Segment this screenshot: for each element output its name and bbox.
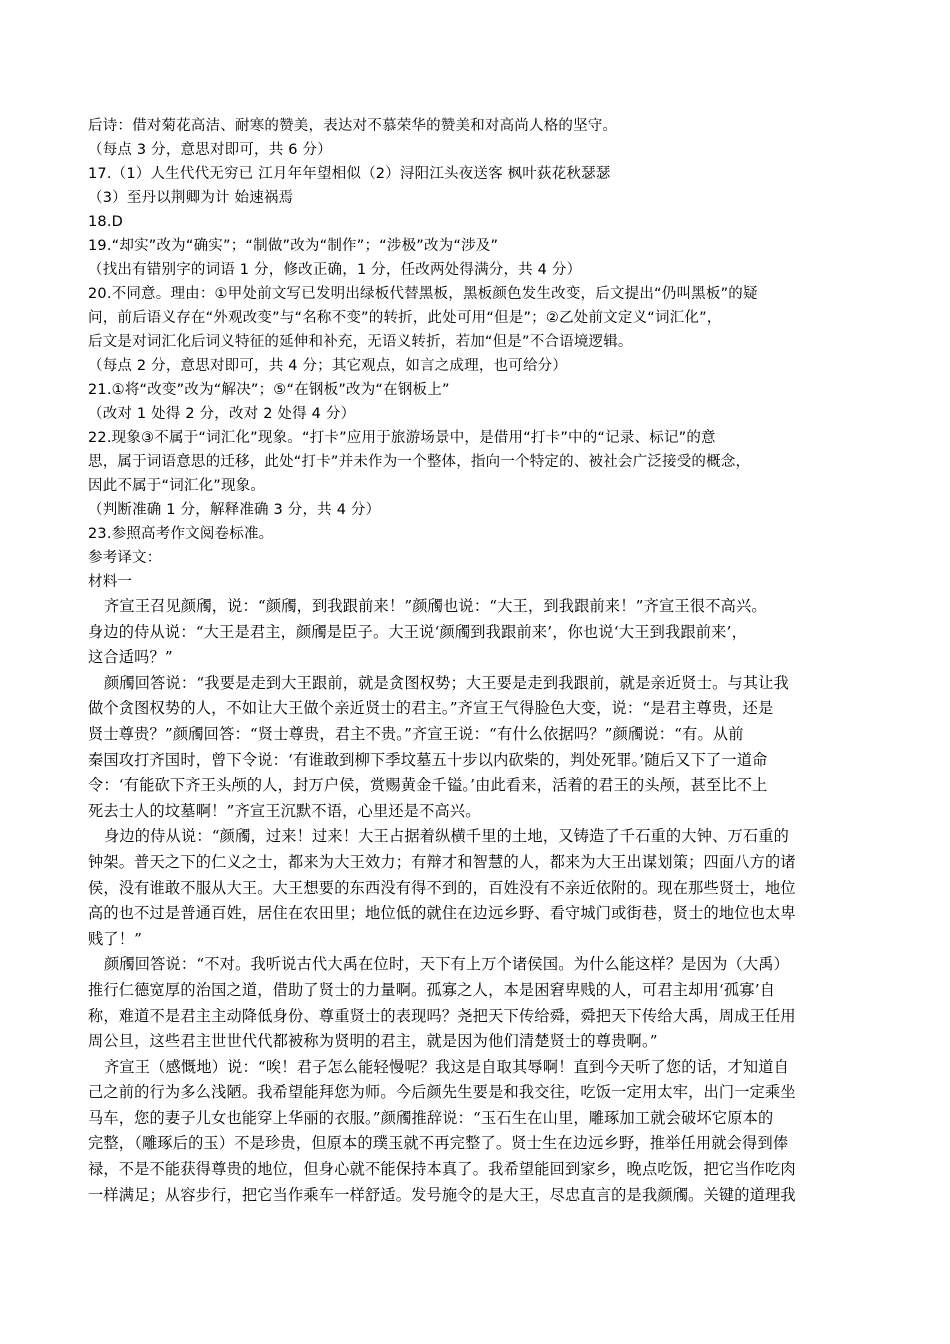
paragraph-line: 这合适吗？” [88, 645, 878, 671]
paragraph-line: 死去士人的坟墓啊！”齐宣王沉默不语，心里还是不高兴。 [88, 799, 878, 825]
answer-20-line-1: 20.不同意。理由：①甲处前文写已发明出绿板代替黑板，黑板颜色发生改变，后文提出… [88, 282, 878, 306]
scoring-note-16: （每点 3 分，意思对即可，共 6 分） [88, 138, 878, 162]
scoring-note-22: （判断准确 1 分，解释准确 3 分，共 4 分） [88, 498, 878, 522]
translation-paragraph-3: 身边的侍从说：“颜斶，过来！过来！大王占据着纵横千里的土地，又铸造了千石重的大钟… [88, 824, 878, 952]
paragraph-line: 己之前的行为多么浅陋。我希望能拜您为师。今后颜先生要是和我交往，吃饭一定用太牢，… [88, 1080, 878, 1106]
answer-17-line-2: （3）至丹以荆卿为计 始速祸焉 [88, 186, 878, 210]
answer-20-line-2: 问，前后语义存在“外观改变”与“名称不变”的转折，此处可用“但是”；②乙处前文定… [88, 306, 878, 330]
paragraph-line: 侯，没有谁敢不服从大王。大王想要的东西没有得不到的，百姓没有不亲近依附的。现在那… [88, 876, 878, 902]
material-one-heading: 材料一 [88, 570, 878, 594]
scoring-note-21: （改对 1 处得 2 分，改对 2 处得 4 分） [88, 402, 878, 426]
paragraph-line: 马车，您的妻子儿女也能穿上华丽的衣服。”颜斶推辞说：“玉石生在山里，雕琢加工就会… [88, 1106, 878, 1132]
answer-19: 19.“却实”改为“确实”；“制做”改为“制作”；“涉极”改为“涉及” [88, 234, 878, 258]
paragraph-line: 钟架。普天之下的仁义之士，都来为大王效力；有辩才和智慧的人，都来为大王出谋划策；… [88, 850, 878, 876]
paragraph-line: 高的也不过是普通百姓，居住在农田里；地位低的就住在边远乡野、看守城门或街巷，贤士… [88, 901, 878, 927]
answer-17-line-1: 17.（1）人生代代无穷已 江月年年望相似（2）浔阳江头夜送客 枫叶荻花秋瑟瑟 [88, 162, 878, 186]
translation-paragraph-1: 齐宣王召见颜斶，说：“颜斶，到我跟前来！”颜斶也说：“大王，到我跟前来！”齐宣王… [88, 594, 878, 671]
paragraph-line: 贤士尊贵？”颜斶回答：“贤士尊贵，君主不贵。”齐宣王说：“有什么依据吗？”颜斶说… [88, 722, 878, 748]
paragraph-line: 贱了！” [88, 927, 878, 953]
paragraph-line: 周公旦，这些君主世世代代都被称为贤明的君主，就是因为他们清楚贤士的尊贵啊。” [88, 1029, 878, 1055]
paragraph-line: 齐宣王（感慨地）说：“唉！君子怎么能轻慢呢？我这是自取其辱啊！直到今天听了您的话… [88, 1055, 878, 1081]
paragraph-line: 秦国攻打齐国时，曾下令说：‘有谁敢到柳下季坟墓五十步以内砍柴的，判处死罪。’随后… [88, 748, 878, 774]
answer-22-line-2: 思，属于词语意思的迁移，此处“打卡”并未作为一个整体，指向一个特定的、被社会广泛… [88, 450, 878, 474]
answer-22-line-1: 22.现象③不属于“词汇化”现象。“打卡”应用于旅游场景中，是借用“打卡”中的“… [88, 426, 878, 450]
translation-paragraph-5: 齐宣王（感慨地）说：“唉！君子怎么能轻慢呢？我这是自取其辱啊！直到今天听了您的话… [88, 1055, 878, 1209]
paragraph-line: 禄，不是不能获得尊贵的地位，但身心就不能保持本真了。我希望能回到家乡，晚点吃饭，… [88, 1157, 878, 1183]
paragraph-line: 齐宣王召见颜斶，说：“颜斶，到我跟前来！”颜斶也说：“大王，到我跟前来！”齐宣王… [88, 594, 878, 620]
reference-translation-heading: 参考译文： [88, 546, 878, 570]
paragraph-line: 推行仁德宽厚的治国之道，借助了贤士的力量啊。孤寡之人，本是困窘卑贱的人，可君主却… [88, 978, 878, 1004]
answer-18: 18.D [88, 210, 878, 234]
scoring-note-20: （每点 2 分，意思对即可，共 4 分；其它观点，如言之成理，也可给分） [88, 354, 878, 378]
paragraph-line: 做个贪图权势的人，不如让大王做个亲近贤士的君主。”齐宣王气得脸色大变，说：“是君… [88, 696, 878, 722]
answer-21: 21.①将“改变”改为“解决”；⑤“在钢板”改为“在钢板上” [88, 378, 878, 402]
paragraph-line: 令：‘有能砍下齐王头颅的人，封万户侯，赏赐黄金千镒。’由此看来，活着的君王的头颅… [88, 773, 878, 799]
answer-22-line-3: 因此不属于“词汇化”现象。 [88, 474, 878, 498]
paragraph-line: 一样满足；从容步行，把它当作乘车一样舒适。发号施令的是大王，尽忠直言的是我颜斶。… [88, 1183, 878, 1209]
paragraph-line: 颜斶回答说：“不对。我听说古代大禹在位时，天下有上万个诸侯国。为什么能这样？是因… [88, 952, 878, 978]
paragraph-line: 称，难道不是君主主动降低身份、尊重贤士的表现吗？尧把天下传给舜，舜把天下传给大禹… [88, 1004, 878, 1030]
answer-16-poem-analysis: 后诗：借对菊花高洁、耐寒的赞美，表达对不慕荣华的赞美和对高尚人格的坚守。 [88, 114, 878, 138]
paragraph-line: 身边的侍从说：“颜斶，过来！过来！大王占据着纵横千里的土地，又铸造了千石重的大钟… [88, 824, 878, 850]
document-page: 后诗：借对菊花高洁、耐寒的赞美，表达对不慕荣华的赞美和对高尚人格的坚守。 （每点… [88, 114, 878, 1208]
scoring-note-19: （找出有错别字的词语 1 分，修改正确，1 分，任改两处得满分，共 4 分） [88, 258, 878, 282]
translation-paragraph-4: 颜斶回答说：“不对。我听说古代大禹在位时，天下有上万个诸侯国。为什么能这样？是因… [88, 952, 878, 1054]
answer-20-line-3: 后文是对词汇化后词义特征的延伸和补充，无语义转折，若加“但是”不合语境逻辑。 [88, 330, 878, 354]
translation-paragraph-2: 颜斶回答说：“我要是走到大王跟前，就是贪图权势；大王要是走到我跟前，就是亲近贤士… [88, 671, 878, 825]
paragraph-line: 身边的侍从说：“大王是君主，颜斶是臣子。大王说‘颜斶到我跟前来’，你也说‘大王到… [88, 620, 878, 646]
answer-key-section: 后诗：借对菊花高洁、耐寒的赞美，表达对不慕荣华的赞美和对高尚人格的坚守。 （每点… [88, 114, 878, 594]
paragraph-line: 颜斶回答说：“我要是走到大王跟前，就是贪图权势；大王要是走到我跟前，就是亲近贤士… [88, 671, 878, 697]
translation-section: 齐宣王召见颜斶，说：“颜斶，到我跟前来！”颜斶也说：“大王，到我跟前来！”齐宣王… [88, 594, 878, 1208]
paragraph-line: 完整，（雕琢后的玉）不是珍贵，但原本的璞玉就不再完整了。贤士生在边远乡野，推举任… [88, 1131, 878, 1157]
answer-23: 23.参照高考作文阅卷标准。 [88, 522, 878, 546]
